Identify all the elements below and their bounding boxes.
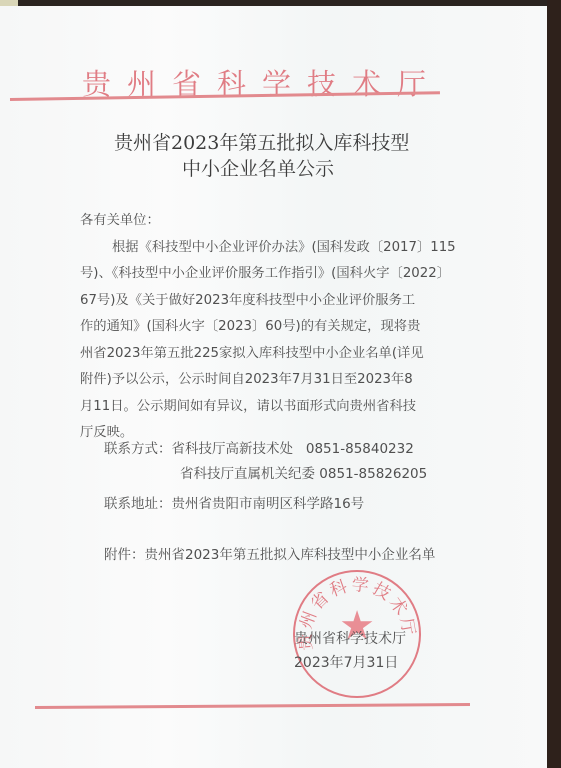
attachment-label: 附件： — [104, 547, 145, 563]
document-title-line1: 贵州省2023年第五批拟入库科技型 — [114, 128, 454, 155]
salutation: 各有关单位： — [80, 208, 480, 235]
document-title-line2: 中小企业名单公示 — [182, 154, 522, 181]
body-line: 附件)予以公示，公示时间自2023年7月31日至2023年8 — [80, 367, 480, 394]
attachment-line: 附件：贵州省2023年第五批拟入库科技型中小企业名单 — [104, 543, 435, 563]
address-value: 贵州省贵阳市南明区科学路16号 — [172, 496, 365, 512]
contact-line-1: 联系方式：省科技厅高新技术处 0851-85840232 — [104, 437, 414, 457]
body-line: 州省2023年第五批225家拟入库科技型中小企业名单(详见 — [80, 341, 480, 368]
body-line: 67号)及《关于做好2023年度科技型中小企业评价服务工 — [80, 288, 480, 315]
signature-date: 2023年7月31日 — [294, 652, 398, 672]
contact-dept: 省科技厅直属机关纪委 — [180, 466, 315, 482]
contact-line-2: 省科技厅直属机关纪委 0851-85826205 — [180, 462, 427, 482]
attachment-value: 贵州省2023年第五批拟入库科技型中小企业名单 — [145, 547, 436, 563]
signature-org: 贵州省科学技术厅 — [294, 628, 406, 648]
body-line: 作的通知》(国科火字〔2023〕60号)的有关规定，现将贵 — [80, 314, 480, 341]
contact-dept: 省科技厅高新技术处 — [172, 441, 294, 457]
body-line: 号)、《科技型中小企业评价服务工作指引》(国科火字〔2022〕 — [80, 261, 480, 288]
contact-phone: 0851-85840232 — [306, 441, 414, 457]
address-line: 联系地址：贵州省贵阳市南明区科学路16号 — [104, 492, 364, 512]
address-label: 联系地址： — [104, 496, 172, 512]
body-line: 根据《科技型中小企业评价办法》(国科发政〔2017〕115 — [80, 235, 480, 262]
contact-phone: 0851-85826205 — [319, 466, 427, 482]
background-surface-right — [547, 0, 561, 768]
document-body: 各有关单位： 根据《科技型中小企业评价办法》(国科发政〔2017〕115 号)、… — [80, 208, 480, 447]
contact-label: 联系方式： — [104, 441, 172, 457]
body-line: 月11日。公示期间如有异议，请以书面形式向贵州省科技 — [80, 394, 480, 421]
